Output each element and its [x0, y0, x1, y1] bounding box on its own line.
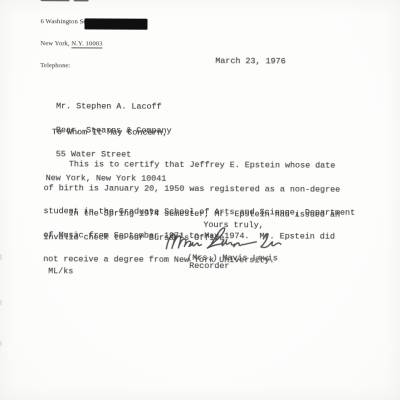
letter-date: March 23, 1976 [215, 58, 285, 66]
letterhead-telephone-label: Telephone: [40, 62, 141, 70]
recipient-name: Mr. Stephen A. Lacoff [56, 103, 172, 112]
letterhead-cutoff-fragment [74, 0, 89, 2]
salutation: To Whom It May Concern, [52, 129, 168, 138]
scan-edge-artifact [0, 341, 2, 346]
scanned-letter-page: 6 Washington Square North, Room 3 New Yo… [0, 0, 400, 400]
body-line: In the Spring 1974 semester, Mr. Epstein… [43, 210, 340, 220]
scan-edge-artifact [0, 254, 2, 260]
letter-content: 6 Washington Square North, Room 3 New Yo… [0, 0, 400, 400]
letterhead: 6 Washington Square North, Room 3 New Yo… [40, 3, 141, 85]
letterhead-zip: N.Y. 10003 [71, 40, 102, 48]
telephone-redaction-bar [84, 18, 147, 29]
letterhead-cutoff-fragment [41, 0, 70, 2]
scan-edge-artifact [0, 300, 2, 305]
letterhead-city: New York, [40, 40, 71, 47]
body-line: This is to certify that Jeffrey E. Epste… [44, 161, 356, 171]
letterhead-address-line2: New York, N.Y. 10003 [40, 40, 141, 48]
body-line: of birth is January 20, 1950 was registe… [44, 185, 356, 195]
reference-initials: ML/ks [48, 268, 73, 276]
signed-title: Recorder [189, 262, 229, 270]
